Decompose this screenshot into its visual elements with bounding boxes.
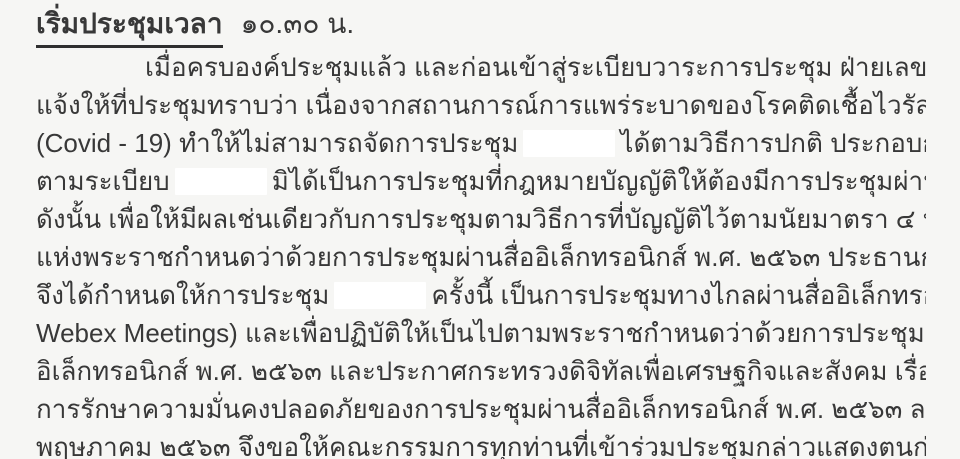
text-line: ตามระเบียบมิได้เป็นการประชุมที่กฎหมายบัญ… [36, 162, 926, 200]
meeting-start-time: ๑๐.๓๐ น. [241, 4, 355, 44]
text-line: การรักษาความมั่นคงปลอดภัยของการประชุมผ่า… [36, 390, 926, 428]
text-line: แจ้งให้ที่ประชุมทราบว่า เนื่องจากสถานการ… [36, 86, 926, 124]
meeting-minutes-paragraph: เมื่อครบองค์ประชุมแล้ว และก่อนเข้าสู่ระเ… [36, 48, 926, 459]
line-text: ตามระเบียบ [36, 166, 170, 196]
text-line: Webex Meetings) และเพื่อปฏิบัติให้เป็นไป… [36, 314, 926, 352]
text-line: พฤษภาคม ๒๕๖๓ จึงขอให้คณะกรรมการทุกท่านที… [36, 428, 926, 459]
text-line: เมื่อครบองค์ประชุมแล้ว และก่อนเข้าสู่ระเ… [36, 48, 926, 86]
text-line: ดังนั้น เพื่อให้มีผลเช่นเดียวกับการประชุ… [36, 200, 926, 238]
redaction-box [334, 282, 426, 309]
line-text: พฤษภาคม ๒๕๖๓ จึงขอให้คณะกรรมการทุกท่านที… [36, 432, 926, 459]
text-line: อิเล็กทรอนิกส์ พ.ศ. ๒๕๖๓ และประกาศกระทรว… [36, 352, 926, 390]
redaction-box [523, 130, 615, 157]
line-text: ดังนั้น เพื่อให้มีผลเช่นเดียวกับการประชุ… [36, 204, 926, 234]
line-text: การรักษาความมั่นคงปลอดภัยของการประชุมผ่า… [36, 394, 926, 424]
redaction-box [175, 168, 267, 195]
line-text: เมื่อครบองค์ประชุมแล้ว และก่อนเข้าสู่ระเ… [145, 52, 926, 82]
line-text: Webex Meetings) และเพื่อปฏิบัติให้เป็นไป… [36, 318, 926, 348]
text-line: แห่งพระราชกำหนดว่าด้วยการประชุมผ่านสื่ออ… [36, 238, 926, 276]
text-line: จึงได้กำหนดให้การประชุมครั้งนี้ เป็นการป… [36, 276, 926, 314]
line-text: แจ้งให้ที่ประชุมทราบว่า เนื่องจากสถานการ… [36, 90, 926, 120]
text-line: (Covid - 19) ทำให้ไม่สามารถจัดการประชุมไ… [36, 124, 926, 162]
line-text: มิได้เป็นการประชุมที่กฎหมายบัญญัติให้ต้อ… [272, 166, 926, 196]
line-text: (Covid - 19) ทำให้ไม่สามารถจัดการประชุม [36, 128, 518, 158]
line-text: อิเล็กทรอนิกส์ พ.ศ. ๒๕๖๓ และประกาศกระทรว… [36, 356, 926, 386]
line-text: จึงได้กำหนดให้การประชุม [36, 280, 329, 310]
meeting-start-row: เริ่มประชุมเวลา ๑๐.๓๐ น. [36, 4, 926, 48]
line-text: แห่งพระราชกำหนดว่าด้วยการประชุมผ่านสื่ออ… [36, 242, 926, 272]
meeting-start-heading: เริ่มประชุมเวลา [36, 4, 223, 48]
line-text: ครั้งนี้ เป็นการประชุมทางไกลผ่านสื่ออิเล… [431, 280, 926, 310]
document-page: เริ่มประชุมเวลา ๑๐.๓๐ น. เมื่อครบองค์ประ… [0, 0, 960, 459]
line-text: ได้ตามวิธีการปกติ ประกอบกับการจัดประชุม [620, 128, 926, 158]
